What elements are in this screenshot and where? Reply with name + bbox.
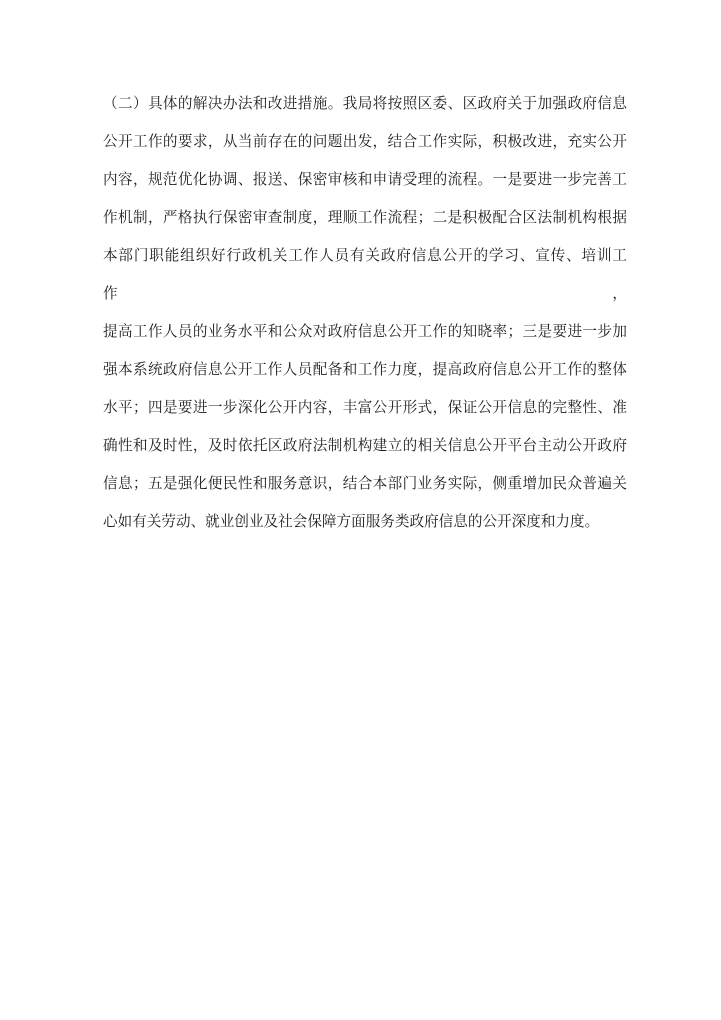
text-line: 强本系统政府信息公开工作人员配备和工作力度，提高政府信息公开工作的整体 xyxy=(103,351,627,389)
text-line: 确性和及时性，及时依托区政府法制机构建立的相关信息公开平台主动公开政府 xyxy=(103,427,627,465)
text-line: 提高工作人员的业务水平和公众对政府信息公开工作的知晓率；三是要进一步加 xyxy=(103,313,627,351)
text-line: 信息；五是强化便民性和服务意识，结合本部门业务实际，侧重增加民众普遍关 xyxy=(103,465,627,503)
document-page: （二）具体的解决办法和改进措施。我局将按照区委、区政府关于加强政府信息 公开工作… xyxy=(0,0,721,1020)
text-line: 心如有关劳动、就业创业及社会保障方面服务类政府信息的公开深度和力度。 xyxy=(103,503,627,541)
text-line: 本部门职能组织好行政机关工作人员有关政府信息公开的学习、宣传、培训工作， xyxy=(103,237,627,313)
text-line: 内容，规范优化协调、报送、保密审核和申请受理的流程。一是要进一步完善工 xyxy=(103,161,627,199)
paragraph: （二）具体的解决办法和改进措施。我局将按照区委、区政府关于加强政府信息 公开工作… xyxy=(103,85,627,541)
text-line: 作机制，严格执行保密审查制度，理顺工作流程；二是积极配合区法制机构根据 xyxy=(103,199,627,237)
text-line: （二）具体的解决办法和改进措施。我局将按照区委、区政府关于加强政府信息 xyxy=(103,85,627,123)
text-line: 公开工作的要求，从当前存在的问题出发，结合工作实际，积极改进，充实公开 xyxy=(103,123,627,161)
text-line: 水平；四是要进一步深化公开内容，丰富公开形式，保证公开信息的完整性、准 xyxy=(103,389,627,427)
